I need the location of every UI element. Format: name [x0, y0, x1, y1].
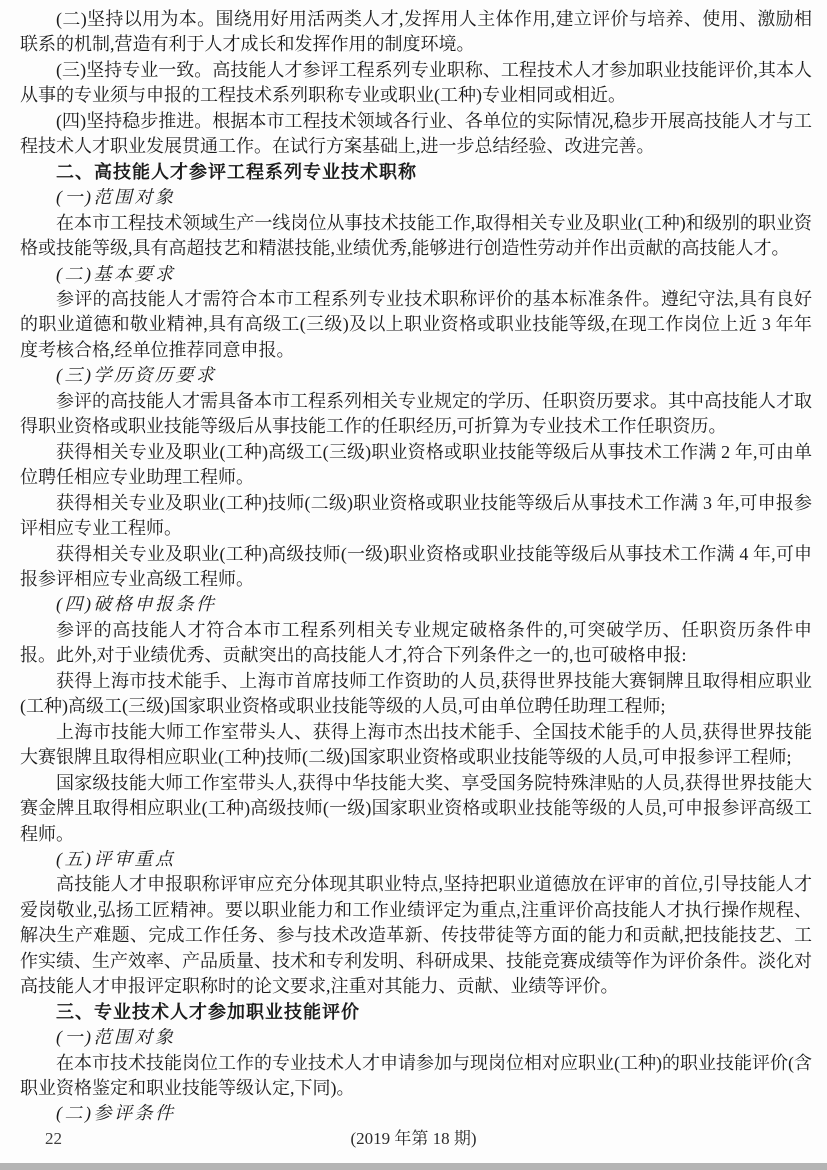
- page-number: 22: [45, 1126, 62, 1152]
- subsection-heading: (一)范围对象: [20, 1025, 812, 1050]
- subsection-heading: (二)参评条件: [20, 1101, 812, 1126]
- paragraph: (三)坚持专业一致。高技能人才参评工程系列专业职称、工程技术人才参加职业技能评价…: [20, 58, 812, 109]
- paragraph: 参评的高技能人才需具备本市工程系列相关专业规定的学历、任职资历要求。其中高技能人…: [20, 389, 812, 440]
- issue-label: (2019 年第 18 期): [0, 1126, 827, 1152]
- paragraph: 参评的高技能人才符合本市工程系列相关专业规定破格条件的,可突破学历、任职资历条件…: [20, 618, 812, 669]
- paragraph: 获得上海市技术能手、上海市首席技师工作资助的人员,获得世界技能大赛铜牌且取得相应…: [20, 669, 812, 720]
- paragraph: 上海市技能大师工作室带头人、获得上海市杰出技术能手、全国技术能手的人员,获得世界…: [20, 720, 812, 771]
- document-page: (二)坚持以用为本。围绕用好用活两类人才,发挥用人主体作用,建立评价与培养、使用…: [0, 0, 827, 1170]
- paragraph: 获得相关专业及职业(工种)技师(二级)职业资格或职业技能等级后从事技术工作满 3…: [20, 491, 812, 542]
- paragraph: 国家级技能大师工作室带头人,获得中华技能大奖、享受国务院特殊津贴的人员,获得世界…: [20, 771, 812, 847]
- subsection-heading: (三)学历资历要求: [20, 363, 812, 388]
- section-heading: 三、专业技术人才参加职业技能评价: [20, 1000, 812, 1025]
- page-footer: 22 (2019 年第 18 期): [0, 1126, 827, 1152]
- paragraph: 在本市技术技能岗位工作的专业技术人才申请参加与现岗位相对应职业(工种)的职业技能…: [20, 1051, 812, 1102]
- subsection-heading: (二)基本要求: [20, 262, 812, 287]
- subsection-heading: (一)范围对象: [20, 185, 812, 210]
- paragraph: 高技能人才申报职称评审应充分体现其职业特点,坚持把职业道德放在评审的首位,引导技…: [20, 872, 812, 999]
- subsection-heading: (五)评审重点: [20, 847, 812, 872]
- paragraph: 在本市工程技术领域生产一线岗位从事技术技能工作,取得相关专业及职业(工种)和级别…: [20, 211, 812, 262]
- document-body: (二)坚持以用为本。围绕用好用活两类人才,发挥用人主体作用,建立评价与培养、使用…: [20, 7, 812, 1127]
- paragraph: (四)坚持稳步推进。根据本市工程技术领域各行业、各单位的实际情况,稳步开展高技能…: [20, 109, 812, 160]
- paragraph: (二)坚持以用为本。围绕用好用活两类人才,发挥用人主体作用,建立评价与培养、使用…: [20, 7, 812, 58]
- section-heading: 二、高技能人才参评工程系列专业技术职称: [20, 160, 812, 185]
- paragraph: 获得相关专业及职业(工种)高级工(三级)职业资格或职业技能等级后从事技术工作满 …: [20, 440, 812, 491]
- paragraph: 获得相关专业及职业(工种)高级技师(一级)职业资格或职业技能等级后从事技术工作满…: [20, 542, 812, 593]
- paragraph: 参评的高技能人才需符合本市工程系列专业技术职称评价的基本标准条件。遵纪守法,具有…: [20, 287, 812, 363]
- subsection-heading: (四)破格申报条件: [20, 592, 812, 617]
- scan-edge-artifact: [0, 1163, 827, 1170]
